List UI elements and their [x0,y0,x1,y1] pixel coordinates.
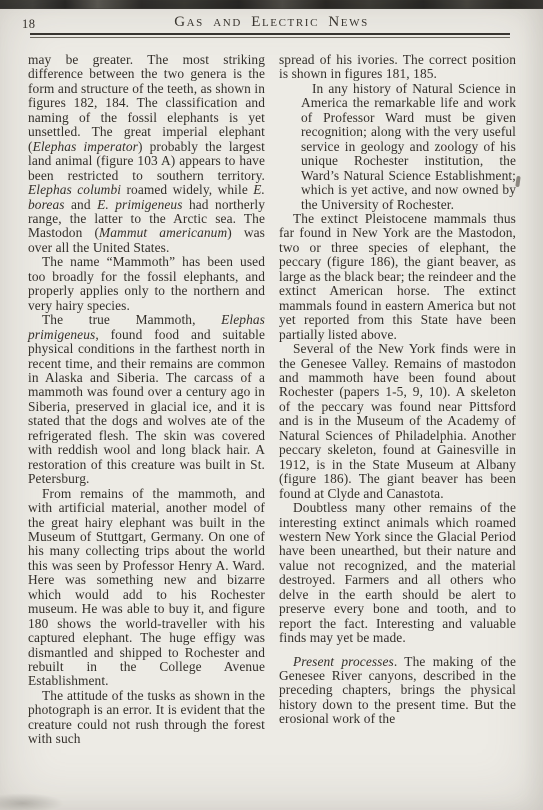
paragraph: may be greater. The most striking differ… [28,53,265,255]
text-segment: and [65,197,98,212]
right-column: spread of his ivories. The correct posit… [279,53,516,747]
header-rule-thick [30,33,510,35]
text-segment: spread of his ivories. The correct posit… [279,52,516,81]
italic-text-segment: Mammut americanum [99,225,227,240]
left-column: may be greater. The most striking differ… [28,53,265,747]
text-segment: In any history of Natural Science in Ame… [301,81,516,212]
header-rule-thin [30,37,510,38]
text-segment: , found food and suitable physical condi… [28,327,265,487]
paragraph: The name “Mammoth” has been used too bro… [28,255,265,313]
text-columns: may be greater. The most striking differ… [28,53,516,747]
scan-smudge-artifact [0,793,64,810]
scan-edge-artifact-top [0,0,543,9]
paragraph: Several of the New York finds were in th… [279,342,516,501]
text-segment: The extinct Pleistocene mammals thus far… [279,211,516,342]
text-segment: Doubtless many other remains of the inte… [279,500,516,645]
paragraph: Present processes. The making of the Gen… [279,655,516,727]
text-segment: Several of the New York finds were in th… [279,341,516,501]
italic-text-segment: Present processes [293,654,394,669]
paragraph: The extinct Pleistocene mammals thus far… [279,212,516,342]
paragraph: The true Mammoth, Elephas primigeneus, f… [28,313,265,486]
scan-speck-artifact [515,176,520,187]
scanned-page: 18 Gas and Electric News may be greater.… [0,0,543,810]
text-segment: The attitude of the tusks as shown in th… [28,688,265,746]
text-segment: From remains of the mammoth, and with ar… [28,486,265,689]
text-segment: The true Mammoth, [42,312,221,327]
paragraph: Doubtless many other remains of the inte… [279,501,516,646]
paragraph: From remains of the mammoth, and with ar… [28,487,265,689]
italic-text-segment: E. primigeneus [97,197,182,212]
text-segment: roamed widely, while [121,182,253,197]
paragraph: spread of his ivories. The correct posit… [279,53,516,82]
italic-text-segment: Elephas columbi [28,182,121,197]
paragraph: The attitude of the tusks as shown in th… [28,689,265,747]
text-segment: The name “Mammoth” has been used too bro… [28,254,265,312]
page-title: Gas and Electric News [0,14,543,31]
paragraph: In any history of Natural Science in Ame… [301,82,516,212]
italic-text-segment: Elephas imperator [33,139,138,154]
